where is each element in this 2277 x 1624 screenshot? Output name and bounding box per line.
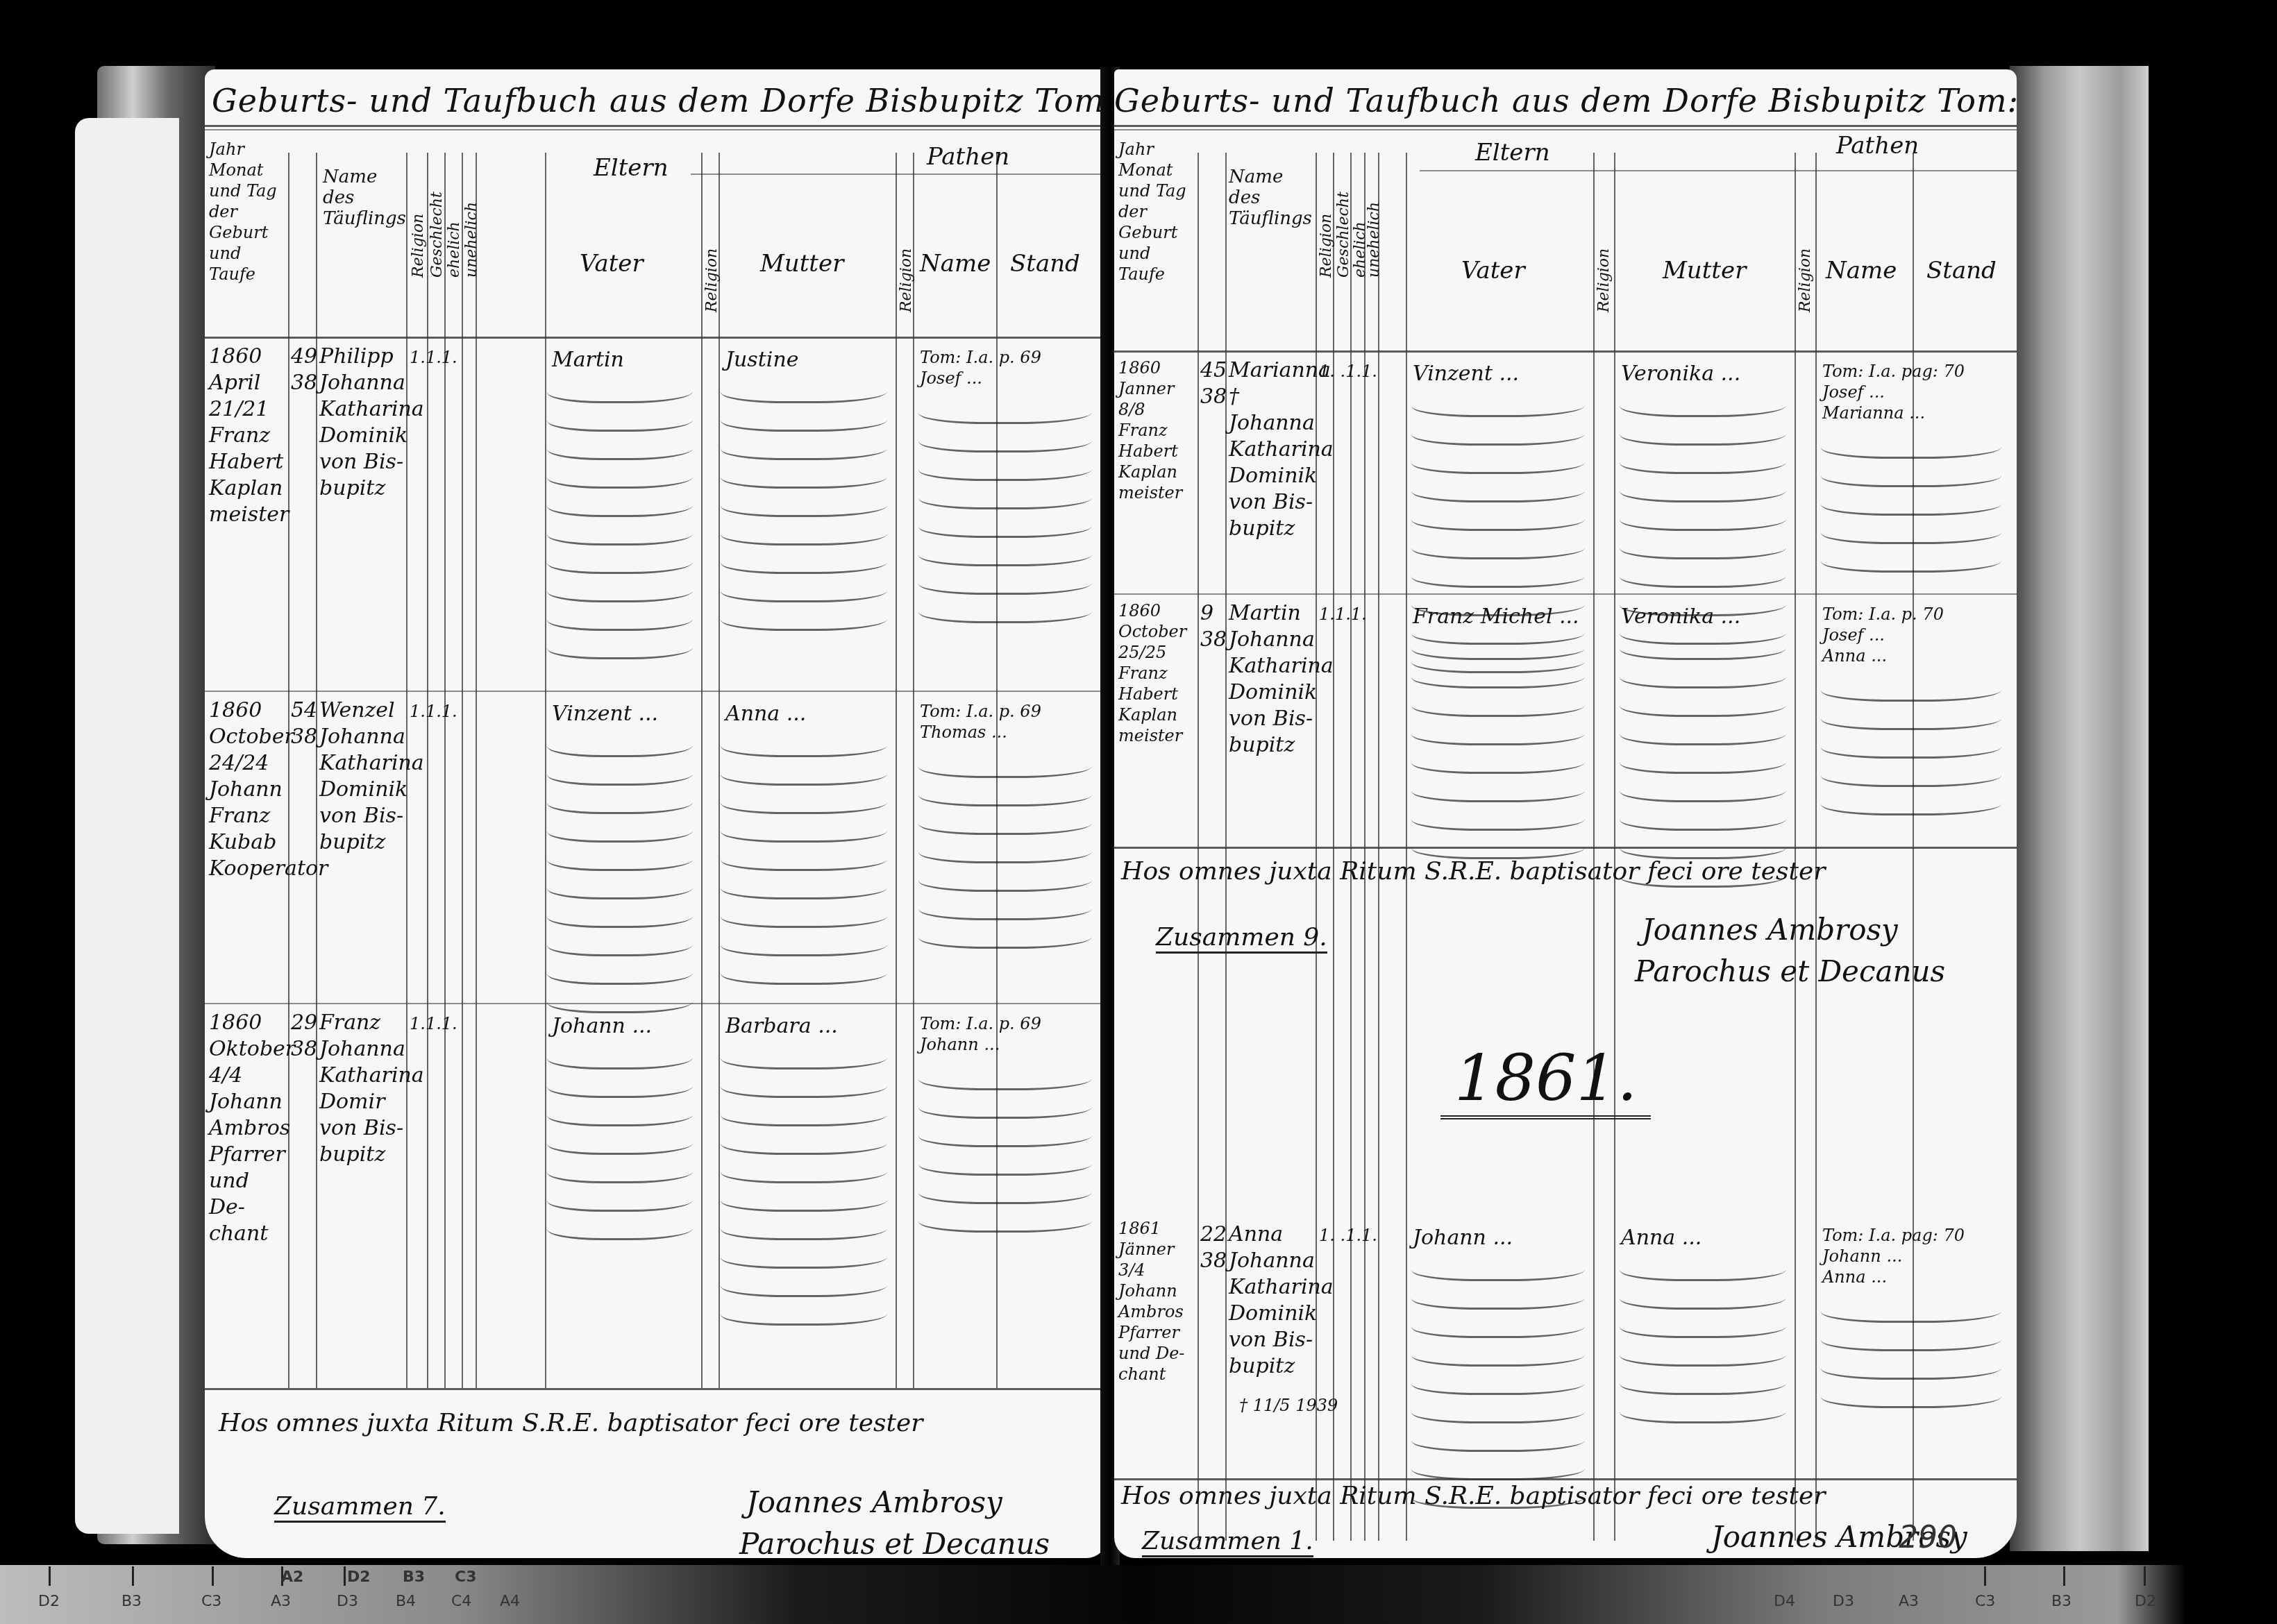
ruler-label: C3 [201, 1593, 221, 1610]
column-header-mother-religion: Religion [1797, 248, 1814, 312]
entry-child-name: Philipp Johanna Katharina Dominik von Bi… [319, 344, 406, 502]
ruler-label: D2 [347, 1568, 371, 1586]
closing-formula: Hos omnes juxta Ritum S.R.E. baptisator … [1121, 1482, 1826, 1510]
column-header-date: Jahr Monat und Tag der Geburt und Taufe [1118, 139, 1195, 285]
column-header-mother: Mutter [1663, 257, 1746, 285]
row-rule [205, 337, 1107, 339]
entry-godparents: Tom: I.a. p. 69 Thomas ... [920, 701, 1100, 743]
closing-formula: Hos omnes juxta Ritum S.R.E. baptisator … [219, 1409, 923, 1437]
death-annotation: † 11/5 1939 [1239, 1395, 1338, 1416]
father-details-handwriting [1413, 1253, 1586, 1509]
ruler-tick [49, 1566, 51, 1586]
column-group-parents: Eltern [594, 154, 669, 182]
ruler-label: A3 [271, 1593, 291, 1610]
loose-page-flap [75, 118, 179, 1534]
entry-house-number: 45 38 [1200, 357, 1228, 410]
row-rule [1114, 593, 2017, 595]
column-header-godparent-name: Name [1826, 257, 1897, 285]
column-header-legitimate: ehelich [446, 221, 463, 278]
entry-house-number: 54 38 [291, 697, 319, 750]
ruler-label: B3 [403, 1568, 425, 1586]
entry-date: 1860 October 25/25 Franz Habert Kaplan m… [1118, 600, 1195, 746]
father-details-handwriting [548, 729, 694, 1013]
column-header-religion: Religion [410, 214, 427, 278]
row-rule [1114, 350, 2017, 353]
mother-details-handwriting [1621, 1253, 1788, 1423]
ruler-label: B4 [396, 1593, 416, 1610]
header-rule [205, 129, 1107, 130]
column-header-name: Name des Täuflings [1229, 167, 1312, 229]
entry-godparents: Tom: I.a. p. 70 Josef ... Anna ... [1822, 604, 2010, 666]
ruler-label: A3 [1899, 1593, 1919, 1610]
column-header-date: Jahr Monat und Tag der Geburt und Taufe [209, 139, 285, 285]
entry-mother: Veronika ... [1621, 361, 1740, 387]
entry-father: Johann ... [1413, 1225, 1513, 1251]
ruler-label: C3 [1975, 1593, 1995, 1610]
entry-house-number: 29 38 [291, 1010, 319, 1063]
entry-house-number: 9 38 [1200, 600, 1228, 653]
ruler-label: D2 [38, 1593, 60, 1610]
entry-godparents: Tom: I.a. pag: 70 Josef ... Marianna ... [1822, 361, 2010, 423]
mother-details-handwriting [1621, 632, 1788, 888]
column-header-father: Vater [1461, 257, 1525, 285]
entry-date: 1860 Oktober 4/4 Johann Ambros Pfarrer u… [209, 1010, 285, 1247]
page-header: Geburts- und Taufbuch aus dem Dorfe Bisb… [1114, 82, 2017, 119]
page-number: 290 [1899, 1520, 1957, 1555]
entry-father: Martin [552, 347, 624, 373]
column-group-godparents: Pathen [927, 143, 1009, 171]
entry-house-number: 49 38 [291, 344, 319, 396]
ruler-label: D2 [2135, 1593, 2156, 1610]
row-rule [205, 1003, 1107, 1004]
entry-father: Johann ... [552, 1013, 652, 1040]
book-page-edges-right [2010, 66, 2149, 1551]
entries-summary: Zusammen 1. [1142, 1527, 1313, 1557]
column-header-godparent-name: Name [920, 250, 991, 278]
entry-child-name: Franz Johanna Katharina Domir von Bis- b… [319, 1010, 406, 1168]
godparents-details-handwriting [920, 1062, 1093, 1233]
column-header-name: Name des Täuflings [323, 167, 399, 229]
father-details-handwriting [1413, 632, 1586, 859]
ruler-label: C3 [455, 1568, 476, 1586]
godparents-details-handwriting [1822, 1294, 2003, 1408]
signature-title: Parochus et Decanus [739, 1527, 1050, 1558]
year-heading: 1861. [1440, 1041, 1651, 1119]
godparents-details-handwriting [1822, 673, 2003, 815]
group-rule [691, 174, 1107, 175]
entry-mother: Anna ... [725, 701, 806, 727]
ruler-label: B3 [2051, 1593, 2072, 1610]
entry-mother: Justine [725, 347, 798, 373]
column-header-religion: Religion [1318, 214, 1335, 278]
godparents-details-handwriting [920, 750, 1093, 949]
entry-marks: 1. .1.1. [1319, 361, 1377, 382]
column-header-sex: Geschlecht [1335, 192, 1352, 278]
entry-godparents: Tom: I.a. p. 69 Johann ... [920, 1013, 1100, 1055]
column-header-illegitimate: unehelich [1366, 202, 1383, 278]
entries-summary: Zusammen 7. [274, 1492, 446, 1523]
father-details-handwriting [548, 1041, 694, 1240]
entry-marks: 1. .1.1. [1319, 1225, 1377, 1246]
entry-mother: Barbara ... [725, 1013, 838, 1040]
signature-name: Joannes Ambrosy [1642, 913, 1898, 947]
entry-mother: Anna ... [1621, 1225, 1702, 1251]
page-header: Geburts- und Taufbuch aus dem Dorfe Bisb… [212, 82, 1107, 119]
ruler-label: A4 [500, 1593, 520, 1610]
entry-father: Franz Michel ... [1413, 604, 1579, 630]
row-rule [205, 1388, 1107, 1390]
entry-date: 1861 Jänner 3/4 Johann Ambros Pfarrer un… [1118, 1218, 1195, 1385]
ruler-tick [344, 1566, 346, 1586]
column-header-godparent-status: Stand [1010, 250, 1080, 278]
right-register-page: Geburts- und Taufbuch aus dem Dorfe Bisb… [1114, 69, 2017, 1558]
ruler-tick [212, 1566, 214, 1586]
father-details-handwriting [1413, 389, 1586, 673]
entry-date: 1860 April 21/21 Franz Habert Kaplan mei… [209, 344, 285, 528]
ruler-tick [1984, 1566, 1986, 1586]
father-details-handwriting [548, 375, 694, 659]
entry-child-name: Martin Johanna Katharina Dominik von Bis… [1229, 600, 1316, 759]
entry-child-name: Anna Johanna Katharina Dominik von Bis- … [1229, 1221, 1316, 1380]
row-rule [205, 691, 1107, 692]
column-header-father-religion: Religion [703, 248, 721, 312]
mother-details-handwriting [722, 729, 889, 985]
entry-child-name: Marianna † Johanna Katharina Dominik von… [1229, 357, 1316, 542]
column-group-parents: Eltern [1475, 139, 1550, 167]
entry-marks: 1.1.1. [410, 347, 457, 368]
entry-child-name: Wenzel Johanna Katharina Dominik von Bis… [319, 697, 406, 856]
row-rule [1114, 1478, 2017, 1480]
godparents-details-handwriting [1822, 430, 2003, 573]
mother-details-handwriting [722, 1041, 889, 1326]
left-register-page: Geburts- und Taufbuch aus dem Dorfe Bisb… [205, 69, 1107, 1558]
group-rule [1420, 170, 2017, 171]
entry-father: Vinzent ... [552, 701, 658, 727]
entry-marks: 1.1.1. [410, 701, 457, 722]
signature-title: Parochus et Decanus [1635, 954, 1945, 988]
ruler-label: C4 [451, 1593, 471, 1610]
closing-formula: Hos omnes juxta Ritum S.R.E. baptisator … [1121, 857, 1826, 886]
ruler-label: A2 [281, 1568, 303, 1586]
ruler-tick [2144, 1566, 2146, 1586]
godparents-details-handwriting [920, 396, 1093, 623]
entry-date: 1860 October 24/24 Johann Franz Kubab Ko… [209, 697, 285, 882]
ruler-tick [132, 1566, 134, 1586]
ruler-label: D3 [337, 1593, 358, 1610]
header-rule [1114, 129, 2017, 130]
entry-godparents: Tom: I.a. pag: 70 Johann ... Anna ... [1822, 1225, 2010, 1287]
column-header-father-religion: Religion [1595, 248, 1613, 312]
column-header-mother: Mutter [760, 250, 843, 278]
row-rule [1114, 847, 2017, 849]
entries-summary: Zusammen 9. [1156, 923, 1327, 954]
ruler-label: D4 [1774, 1593, 1795, 1610]
measurement-ruler: D2 B3 C3 A3 D3 B4 C4 A4 A2 D2 B3 C3 D4 D… [0, 1565, 2277, 1624]
entry-father: Vinzent ... [1413, 361, 1519, 387]
entry-house-number: 22 38 [1200, 1221, 1228, 1274]
entry-marks: 1.1.1. [1319, 604, 1367, 625]
header-rule [1114, 125, 2017, 127]
mother-details-handwriting [722, 375, 889, 631]
entry-marks: 1.1.1. [410, 1013, 457, 1034]
column-header-illegitimate: unehelich [463, 202, 480, 278]
ruler-label: D3 [1833, 1593, 1854, 1610]
ruler-label: B3 [121, 1593, 142, 1610]
column-header-sex: Geschlecht [428, 192, 446, 278]
entry-godparents: Tom: I.a. p. 69 Josef ... [920, 347, 1100, 389]
entry-mother: Veronika ... [1621, 604, 1740, 630]
column-group-godparents: Pathen [1836, 132, 1919, 160]
signature-name: Joannes Ambrosy [746, 1485, 1002, 1519]
column-header-father: Vater [580, 250, 644, 278]
entry-date: 1860 Janner 8/8 Franz Habert Kaplan meis… [1118, 357, 1195, 503]
header-rule [205, 125, 1107, 127]
column-header-godparent-status: Stand [1926, 257, 1997, 285]
column-header-mother-religion: Religion [898, 248, 915, 312]
ruler-tick [2063, 1566, 2065, 1586]
